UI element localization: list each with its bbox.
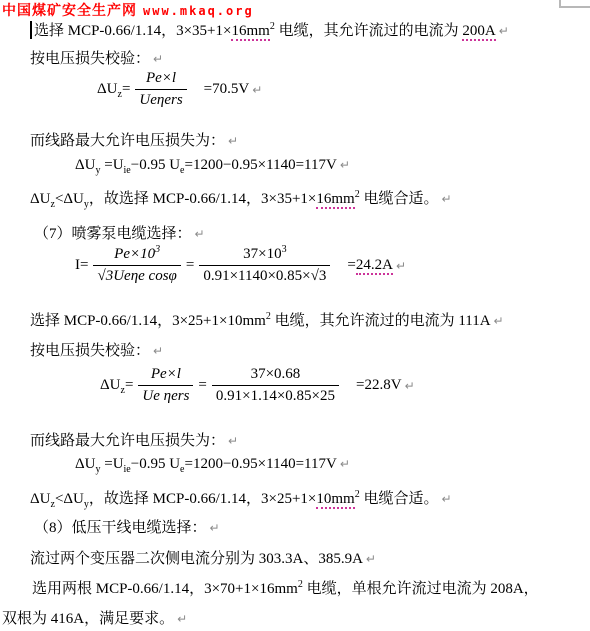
section-heading-7: （7）喷雾泵电缆选择：↵ xyxy=(34,222,205,243)
watermark-site-url: www.mkaq.org xyxy=(143,4,254,18)
paragraph-text: 按电压损失校验： xyxy=(30,343,150,359)
paragraph-mark: ↵ xyxy=(366,552,376,566)
paragraph-text: （8）低压干线电缆选择： xyxy=(34,520,207,536)
paragraph-mark: ↵ xyxy=(195,227,205,241)
fraction: Pe×l Ueηers xyxy=(135,70,186,109)
section-heading-8: （8）低压干线电缆选择：↵ xyxy=(34,516,220,537)
fraction-numerator: 37×0.68 xyxy=(212,366,339,386)
fraction-numerator: Pe×l xyxy=(138,366,193,386)
fraction: 37×0.68 0.91×1.14×0.85×25 xyxy=(212,366,339,405)
fraction-denominator: 0.91×1.14×0.85×25 xyxy=(212,386,339,405)
spellcheck-word: 10mm xyxy=(316,491,354,509)
paragraph: 选用两根 MCP-0.66/1.14，3×70+1×16mm2 电缆，单根允许流… xyxy=(32,577,539,598)
equation-max-voltage-loss: ΔUy =Uie−0.95 Ue=1200−0.95×1140=117V↵ xyxy=(75,456,350,473)
fraction-denominator: Ue ηers xyxy=(138,386,193,405)
paragraph-text: 按电压损失校验： xyxy=(30,51,150,67)
frame-corner-fragment xyxy=(559,0,590,8)
text-cursor xyxy=(30,21,32,39)
spellcheck-word: 16mm xyxy=(231,23,269,41)
document-page: 中国煤矿安全生产网www.mkaq.org 选择 MCP-0.66/1.14，3… xyxy=(0,0,590,631)
paragraph: 按电压损失校验：↵ xyxy=(30,339,163,360)
paragraph: 双根为 416A，满足要求。↵ xyxy=(2,607,187,628)
paragraph: 而线路最大允许电压损失为：↵ xyxy=(30,429,238,450)
fraction-numerator: Pe×103 xyxy=(93,246,180,266)
fraction-denominator: √3Ueηe cosφ xyxy=(93,266,180,285)
paragraph-mark: ↵ xyxy=(441,492,451,506)
formula-voltage-loss-2: ΔUz= Pe×l Ue ηers = 37×0.68 0.91×1.14×0.… xyxy=(100,366,415,405)
watermark-site-name: 中国煤矿安全生产网 xyxy=(2,4,137,19)
paragraph: ΔUz<ΔUy，故选择 MCP-0.66/1.14，3×35+1×16mm2 电… xyxy=(30,187,452,208)
formula-result: =70.5V xyxy=(204,81,250,98)
paragraph-mark: ↵ xyxy=(340,158,350,172)
watermark: 中国煤矿安全生产网www.mkaq.org xyxy=(2,0,254,20)
fraction: Pe×103 √3Ueηe cosφ xyxy=(93,246,180,285)
paragraph: 选择 MCP-0.66/1.14，3×35+1×16mm2 电缆，其允许流过的电… xyxy=(30,19,509,40)
spellcheck-word: 16mm xyxy=(316,191,354,209)
paragraph-mark: ↵ xyxy=(153,52,163,66)
fraction-numerator: Pe×l xyxy=(135,70,186,90)
spellcheck-word: 24.2A xyxy=(356,257,393,275)
fraction: Pe×l Ue ηers xyxy=(138,366,193,405)
formula-result: =22.8V xyxy=(356,377,402,394)
paragraph-mark: ↵ xyxy=(499,24,509,38)
paragraph-mark: ↵ xyxy=(228,434,238,448)
spellcheck-word: 200A xyxy=(462,23,495,41)
paragraph: ΔUz<ΔUy，故选择 MCP-0.66/1.14，3×25+1×10mm2 电… xyxy=(30,487,452,508)
paragraph-mark: ↵ xyxy=(494,314,504,328)
paragraph-mark: ↵ xyxy=(177,612,187,626)
paragraph-mark: ↵ xyxy=(340,457,350,471)
paragraph-text: 而线路最大允许电压损失为： xyxy=(30,133,225,149)
equals-sign: = xyxy=(198,377,206,394)
paragraph-text: 流过两个变压器二次侧电流分别为 303.3A、385.9A xyxy=(30,551,363,567)
formula-voltage-loss-1: ΔUz= Pe×l Ueηers =70.5V ↵ xyxy=(97,70,262,109)
paragraph-mark: ↵ xyxy=(441,192,451,206)
formula-lhs: ΔUz= xyxy=(97,81,130,98)
paragraph-text: 而线路最大允许电压损失为： xyxy=(30,433,225,449)
paragraph: 流过两个变压器二次侧电流分别为 303.3A、385.9A↵ xyxy=(30,547,376,568)
formula-lhs: ΔUz= xyxy=(100,377,133,394)
formula-result: =24.2A xyxy=(347,257,393,274)
paragraph-text: 双根为 416A，满足要求。 xyxy=(2,611,174,627)
paragraph-mark: ↵ xyxy=(252,83,262,97)
paragraph-text: 选择 MCP-0.66/1.14，3×35+1× xyxy=(34,23,231,39)
equation-max-voltage-loss: ΔUy =Uie−0.95 Ue=1200−0.95×1140=117V↵ xyxy=(75,157,350,174)
paragraph-mark: ↵ xyxy=(405,379,415,393)
formula-lhs: I= xyxy=(75,257,88,274)
fraction: 37×103 0.91×1140×0.85×√3 xyxy=(199,246,330,285)
fraction-denominator: Ueηers xyxy=(135,90,186,109)
fraction-numerator: 37×103 xyxy=(199,246,330,266)
paragraph-mark: ↵ xyxy=(153,344,163,358)
paragraph-text: （7）喷雾泵电缆选择： xyxy=(34,226,192,242)
paragraph-mark: ↵ xyxy=(210,521,220,535)
fraction-denominator: 0.91×1140×0.85×√3 xyxy=(199,266,330,285)
formula-current: I= Pe×103 √3Ueηe cosφ = 37×103 0.91×1140… xyxy=(75,246,406,285)
paragraph: 按电压损失校验：↵ xyxy=(30,47,163,68)
paragraph-mark: ↵ xyxy=(396,259,406,273)
paragraph-text: 电缆，其允许流过的电流为 xyxy=(275,23,463,39)
equals-sign: = xyxy=(186,257,194,274)
paragraph: 选择 MCP-0.66/1.14，3×25+1×10mm2 电缆，其允许流过的电… xyxy=(30,309,504,330)
paragraph: 而线路最大允许电压损失为：↵ xyxy=(30,129,238,150)
paragraph-mark: ↵ xyxy=(228,134,238,148)
